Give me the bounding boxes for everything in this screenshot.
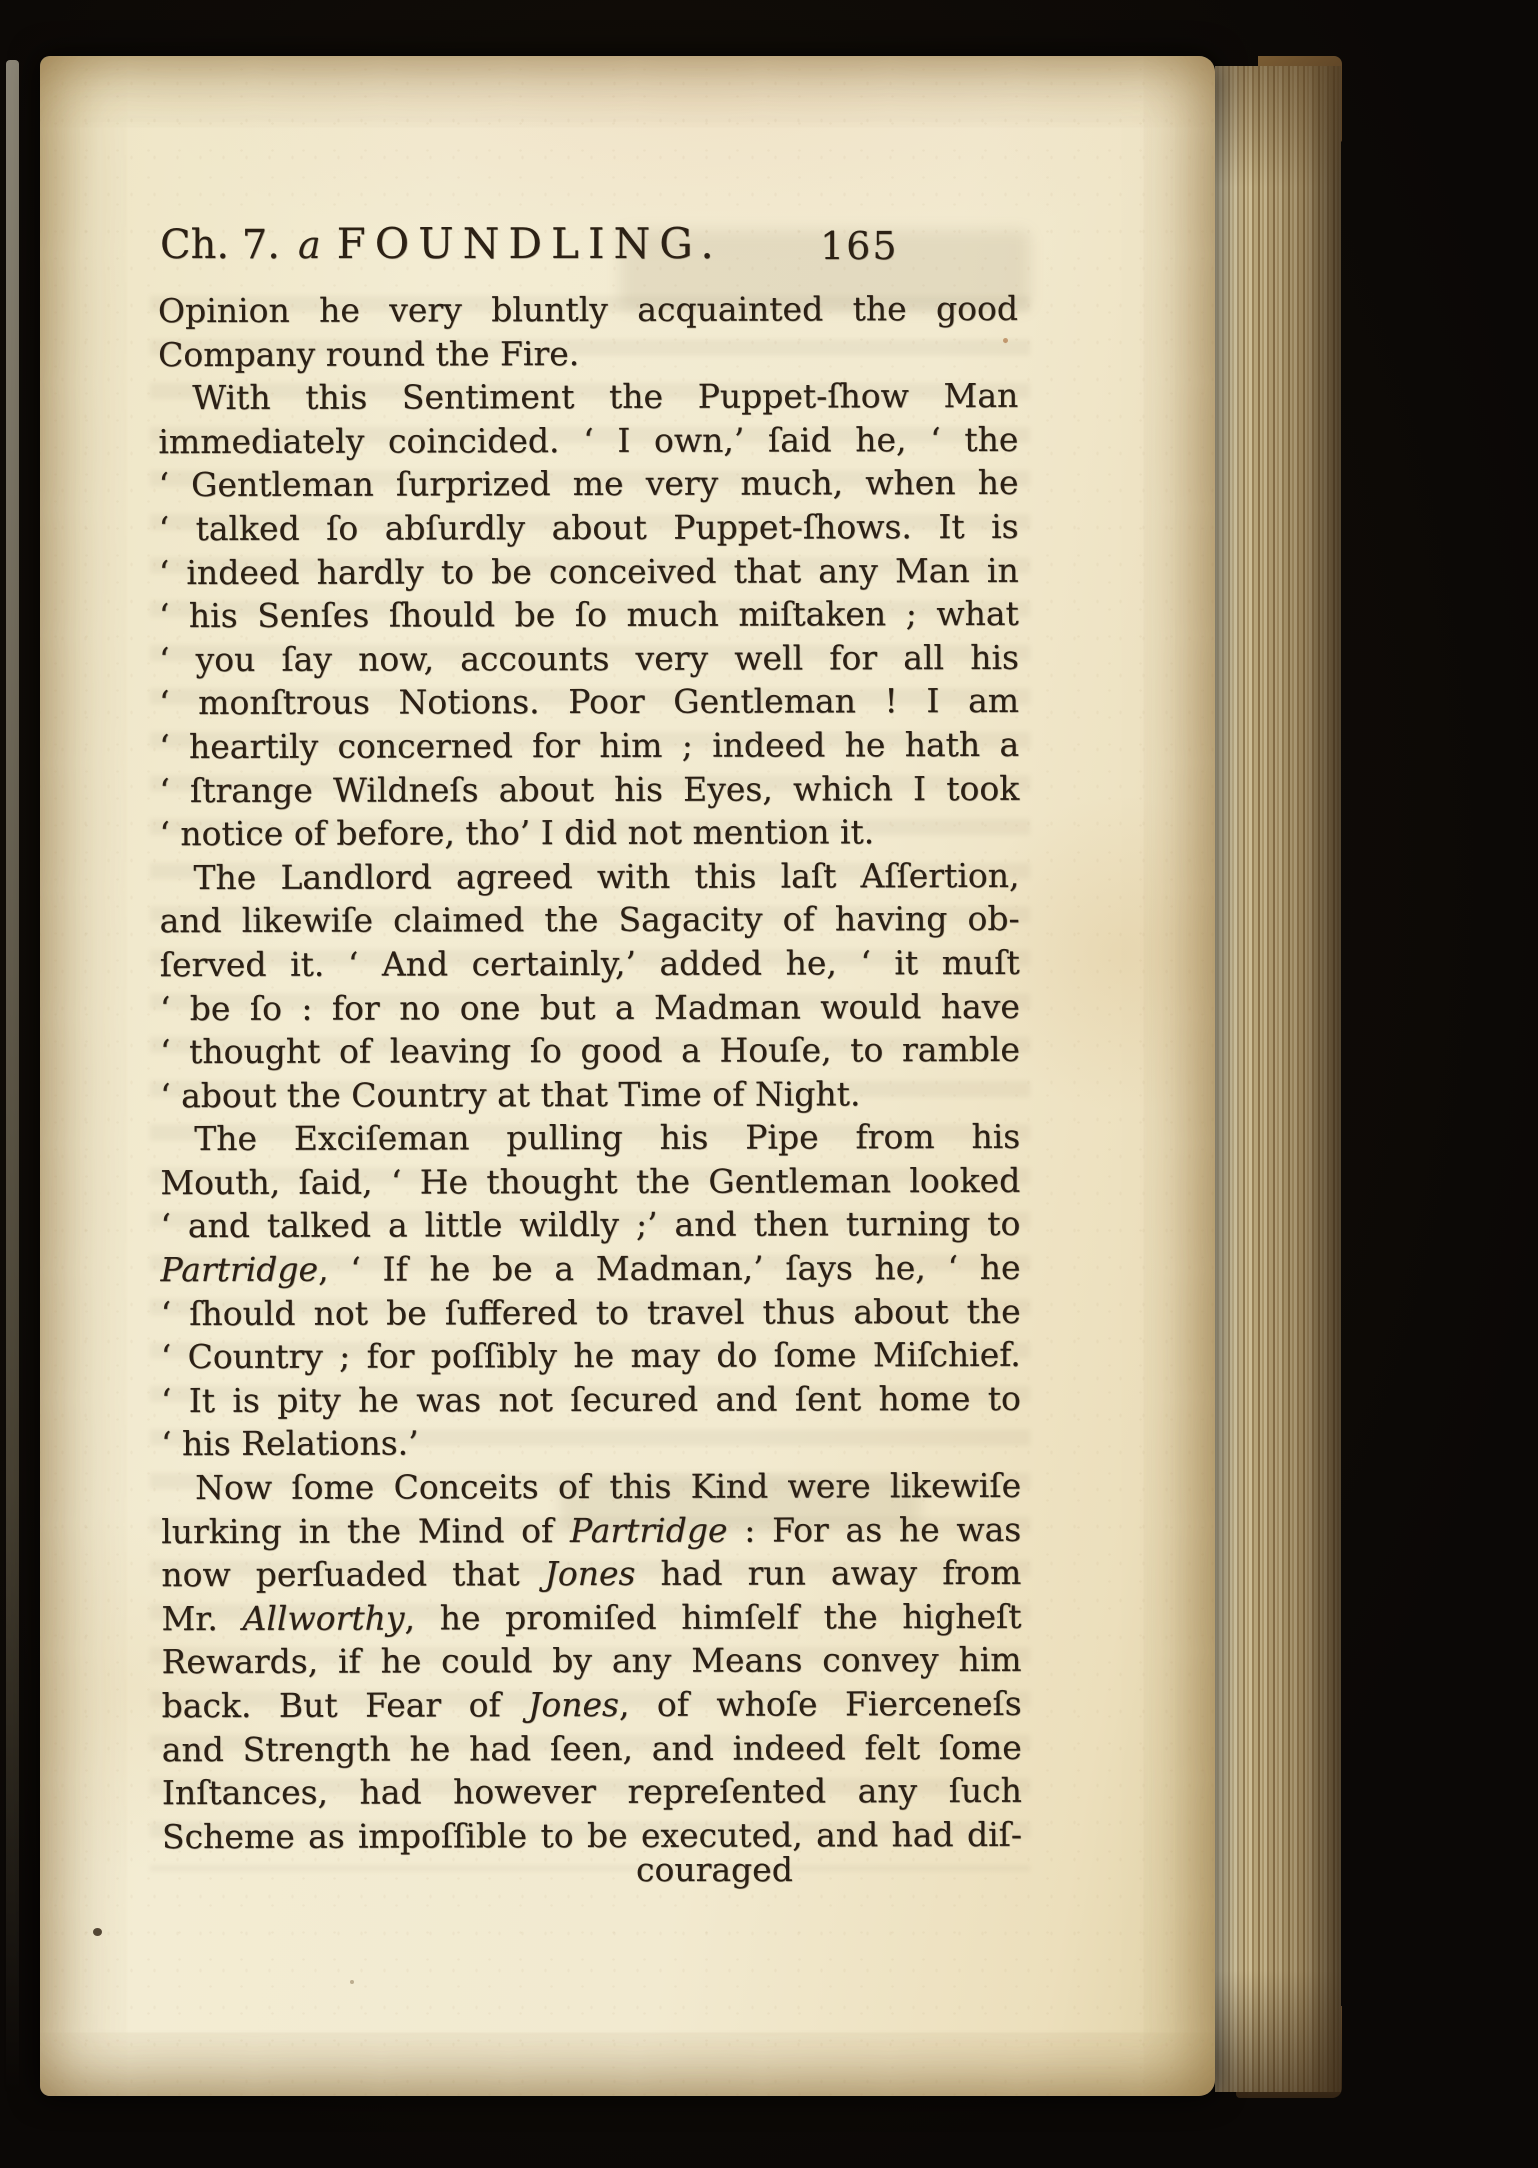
text-line: The Exciſeman pulling his Pipe from his [160,1115,1020,1161]
text-line: Scheme as impoſſible to be executed, and… [162,1813,1022,1859]
page-header: Ch. 7. aFOUNDLING. 165 [160,218,1020,270]
catchword: couraged [636,1848,793,1891]
text-line: and likewiſe claimed the Sagacity of hav… [160,897,1020,943]
text-line: Opinion he very bluntly acquainted the g… [158,287,1018,333]
text-line: Mr. Allworthy, he promiſed himſelf the h… [161,1595,1021,1641]
text-block: Opinion he very bluntly acquainted the g… [158,287,1022,1859]
text-line: The Landlord agreed with this laſt Aſſer… [159,854,1019,900]
text-line: ‘ ſtrange Wildneſs about his Eyes, which… [159,766,1019,812]
text-line: ‘ monſtrous Notions. Poor Gentleman ! I … [159,679,1019,725]
scanned-book-photo: Ch. 7. aFOUNDLING. 165 Opinion he very b… [0,0,1538,2168]
page-fore-edges [1215,66,1341,2092]
text-line: Now ſome Conceits of this Kind were like… [161,1464,1021,1510]
text-line: ‘ Gentleman ſurprized me very much, when… [158,461,1018,507]
text-line: ‘ you ſay now, accounts very well for al… [159,636,1019,682]
text-line: ſerved it. ‘ And certainly,’ added he, ‘… [160,941,1020,987]
text-line: ‘ indeed hardly to be conceived that any… [159,548,1019,594]
text-line: immediately coincided. ‘ I own,’ ſaid he… [158,418,1018,464]
text-line: ‘ and talked a little wildly ;’ and then… [160,1202,1020,1248]
text-line: ‘ It is pity he was not ſecured and ſent… [161,1377,1021,1423]
text-line: ‘ ſhould not be ſuffered to travel thus … [161,1290,1021,1336]
chapter-label: Ch. 7. [160,222,280,268]
text-line: now perſuaded that Jones had run away fr… [161,1551,1021,1597]
text-line: Partridge, ‘ If he be a Madman,’ ſays he… [160,1246,1020,1292]
running-title-article: a [298,223,321,267]
text-line: ‘ be ſo : for no one but a Madman would … [160,984,1020,1030]
running-title-text: FOUNDLING. [337,219,723,268]
text-line: lurking in the Mind of Partridge : For a… [161,1507,1021,1553]
text-line: ‘ thought of leaving ſo good a Houſe, to… [160,1028,1020,1074]
text-line: ‘ heartily concerned for him ; indeed he… [159,723,1019,769]
text-line: With this Sentiment the Puppet-ſhow Man [158,374,1018,420]
text-line: ‘ notice of before, tho’ I did not menti… [159,810,1019,856]
text-line: Mouth, ſaid, ‘ He thought the Gentleman … [160,1159,1020,1205]
text-line: ‘ Country ; for poſſibly he may do ſome … [161,1333,1021,1379]
text-line: ‘ about the Country at that Time of Nigh… [160,1072,1020,1118]
ink-speck [1003,338,1008,343]
running-title: aFOUNDLING. [298,219,723,268]
page-number: 165 [820,224,899,268]
text-line: ‘ his Relations.’ [161,1420,1021,1466]
text-line: Company round the Fire. [158,330,1018,376]
text-line: ‘ talked ſo abſurdly about Puppet-ſhows.… [159,505,1019,551]
text-line: Inſtances, had however repreſented any ſ… [162,1769,1022,1815]
ink-speck [350,1980,354,1984]
text-line: and Strength he had ſeen, and indeed fel… [162,1725,1022,1771]
text-line: Rewards, if he could by any Means convey… [161,1638,1021,1684]
ink-speck [93,1928,102,1936]
text-line: back. But Fear of Jones, of whoſe Fierce… [162,1682,1022,1728]
spine-edge-strip [6,60,19,2090]
text-line: ‘ his Senſes ſhould be ſo much miſtaken … [159,592,1019,638]
